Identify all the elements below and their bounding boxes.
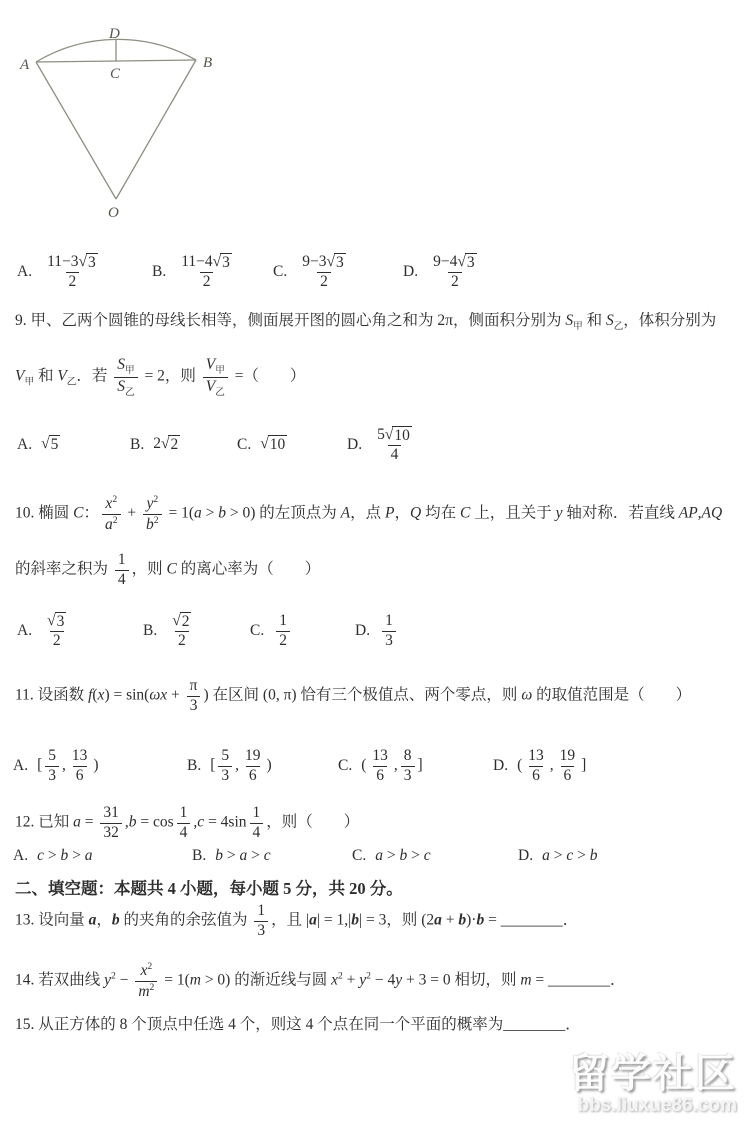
q8-option-a: A.11−3√32 [17,246,104,298]
q14-text: 14. 若双曲线 y2 − x2m2 = 1(m > 0) 的渐近线与圆 x2 … [15,952,626,1010]
option-value: √5 [41,435,60,455]
q8-option-d: D.9−4√32 [403,246,483,298]
q12-option-d: D.a > c > b [518,842,597,870]
option-value: 11−3√32 [41,253,104,292]
watermark-url: bbs.liuxue86.com [569,1095,737,1117]
figure-label-d: D [108,26,120,42]
watermark: 留学社区 bbs.liuxue86.com [569,1054,737,1117]
figure-label-a: A [19,57,30,73]
option-key: C. [273,263,287,281]
q9-text-line1: 9. 甲、乙两个圆锥的母线长相等，侧面展开图的圆心角之和为 2π，侧面积分别为 … [15,305,716,335]
q13-text: 13. 设向量 a，b 的夹角的余弦值为 13，且 |a| = 1,|b| = … [15,894,578,948]
q9-text-line2: V甲 和 V乙．若 S甲S乙 = 2，则 V甲V乙 =（ ） [15,352,305,402]
option-key: D. [493,757,508,775]
option-key: D. [355,622,370,640]
option-key: D. [347,436,362,454]
option-key: C. [352,847,366,865]
option-value: (136,83] [361,747,422,785]
q10-option-a: A.√32 [17,604,72,658]
figure-label-b: B [203,55,212,71]
watermark-title: 留学社区 [569,1054,737,1094]
option-key: A. [17,622,32,640]
q10-option-c: C.12 [250,604,293,658]
q9-option-c: C.√10 [237,420,287,470]
q12-option-a: A.c > b > a [13,842,92,870]
option-key: C. [250,622,264,640]
radius-oa [36,62,116,199]
option-key: D. [518,847,533,865]
option-key: C. [237,436,251,454]
option-value: c > b > a [37,847,92,865]
q11-option-d: D.(136,196] [493,738,586,794]
q9-option-a: A.√5 [17,420,60,470]
option-key: B. [130,436,144,454]
q9-option-b: B.2√2 [130,420,180,470]
option-value: 12 [273,612,293,650]
q15-text: 15. 从正方体的 8 个顶点中任选 4 个，则这 4 个点在同一个平面的概率为… [15,1010,581,1036]
q11-option-a: A.[53,136) [13,738,99,794]
q11-option-c: C.(136,83] [338,738,423,794]
option-key: D. [403,263,418,281]
option-value: 2√2 [153,435,180,455]
figure-label-o: O [108,205,119,219]
option-key: C. [338,757,352,775]
option-value: b > a > c [215,847,270,865]
option-value: [53,136) [37,747,98,785]
q8-option-b: B.11−4√32 [152,246,238,298]
option-value: [53,196) [210,747,271,785]
option-key: B. [187,757,201,775]
option-value: 11−4√32 [175,253,238,292]
radius-ob [116,60,196,199]
option-value: a > c > b [542,847,597,865]
option-value: 9−4√32 [427,253,483,292]
option-value: √32 [41,612,72,651]
option-value: 13 [379,612,399,650]
q8-option-c: C.9−3√32 [273,246,352,298]
option-key: B. [152,263,166,281]
q9-option-d: D.5√104 [347,420,418,470]
q12-option-c: C.a > b > c [352,842,431,870]
option-key: B. [143,622,157,640]
q10-text-line2: 的斜率之积为 14，则 C 的离心率为（ ） [15,544,320,596]
q11-option-b: B.[53,196) [187,738,272,794]
q10-text-line1: 10. 椭圆 C：x2a2 + y2b2 = 1(a > b > 0) 的左顶点… [15,486,722,542]
option-key: A. [13,847,28,865]
option-value: a > b > c [375,847,430,865]
option-key: B. [192,847,206,865]
q10-option-b: B.√22 [143,604,197,658]
q10-option-d: D.13 [355,604,399,658]
q12-text-line1: 12. 已知 a = 3132,b = cos14,c = 4sin14，则（ … [15,798,359,848]
option-key: A. [17,436,32,454]
figure-label-c: C [110,66,121,82]
option-value: (136,196] [517,747,586,785]
option-key: A. [17,263,32,281]
exam-page: D A B C O A.11−3√32 B.11−4√32 C.9−3√32 D… [0,0,749,1129]
option-key: A. [13,757,28,775]
q12-option-b: B.b > a > c [192,842,271,870]
option-value: √10 [260,435,287,455]
option-value: 9−3√32 [296,253,352,292]
option-value: 5√104 [371,426,418,465]
option-value: √22 [166,612,197,651]
sector-figure: D A B C O [12,14,222,219]
q11-text-line1: 11. 设函数 f(x) = sin(ωx + π3) 在区间 (0, π) 恰… [15,668,691,724]
